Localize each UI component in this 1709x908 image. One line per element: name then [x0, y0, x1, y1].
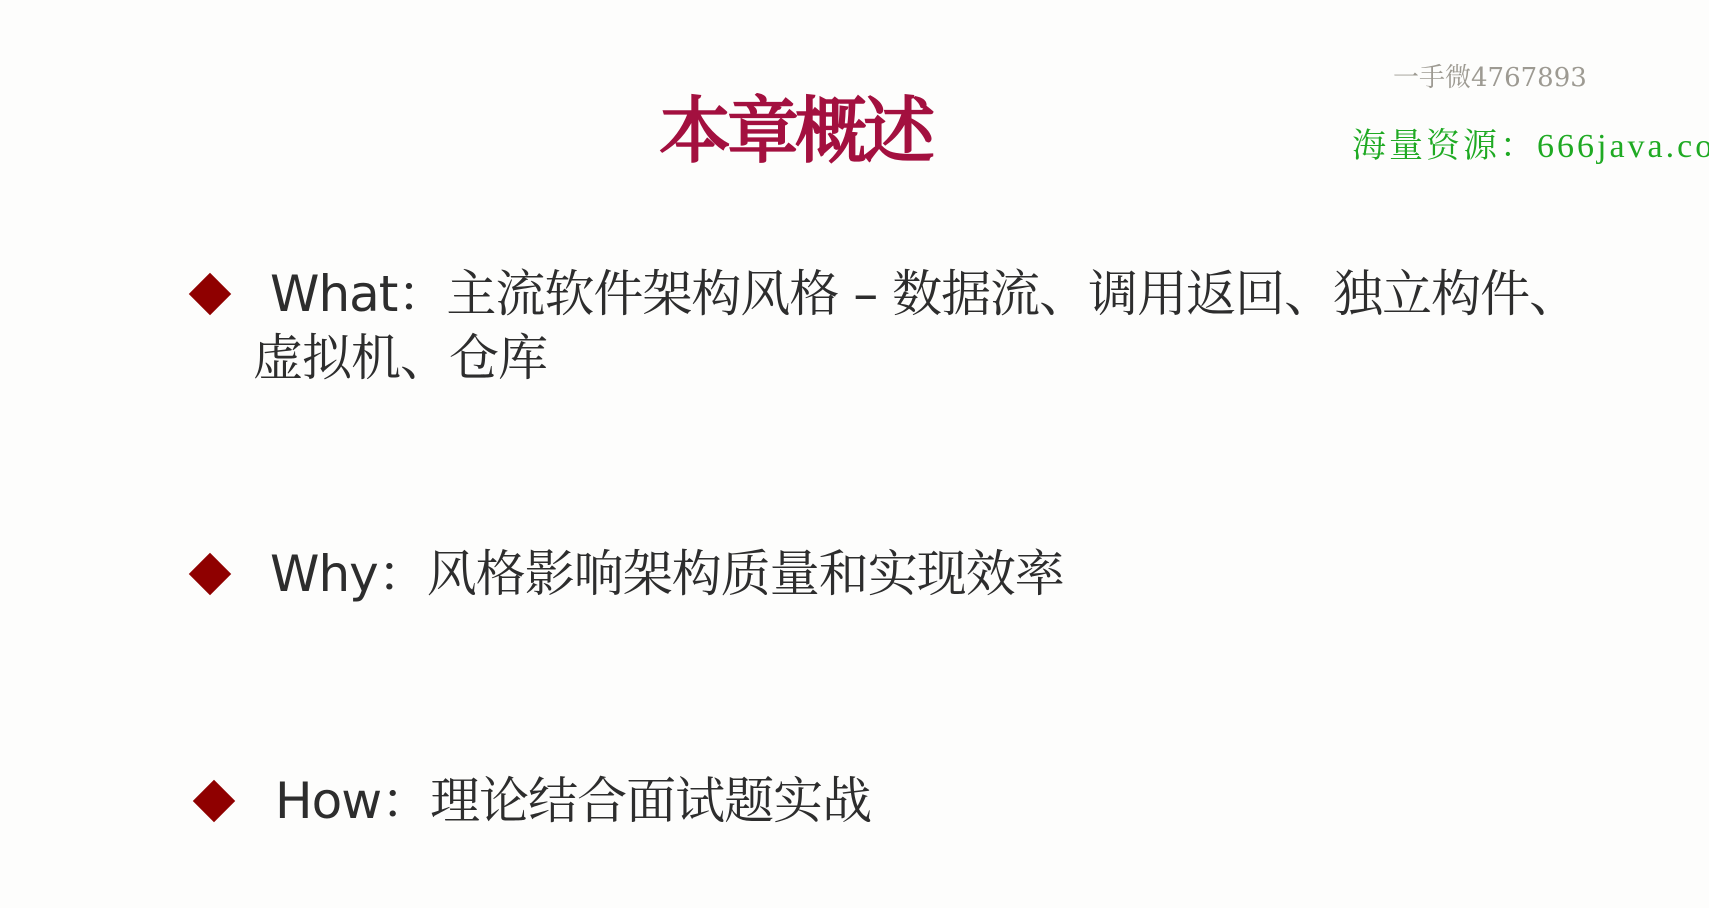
bullet-why-text: Why：风格影响架构质量和实现效率	[270, 542, 1064, 606]
watermark-contact: 一手微4767893	[1393, 60, 1587, 96]
diamond-bullet-icon	[189, 273, 231, 315]
bullet-what-text-continued: 虚拟机、仓库	[253, 326, 547, 390]
diamond-bullet-icon	[189, 553, 231, 595]
slide: 本章概述 一手微4767893 海量资源：666java.com What：主流…	[0, 0, 1709, 908]
bullet-what-text: What：主流软件架构风格 – 数据流、调用返回、独立构件、	[270, 262, 1578, 326]
diamond-bullet-icon	[193, 780, 235, 822]
watermark-site: 海量资源：666java.com	[1352, 124, 1709, 170]
bullet-how-text: How：理论结合面试题实战	[275, 769, 871, 833]
slide-title: 本章概述	[620, 86, 970, 176]
